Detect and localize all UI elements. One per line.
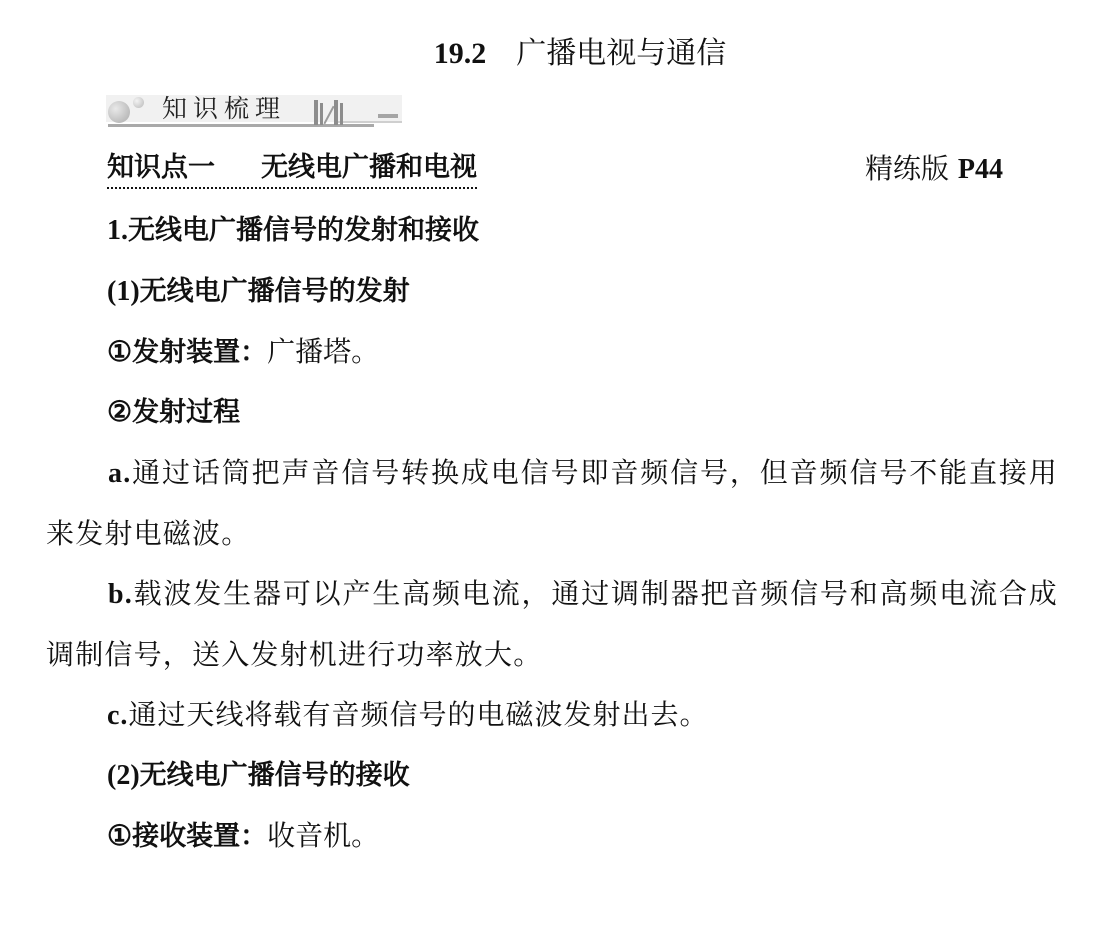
item-label: 发射过程 (132, 397, 240, 428)
knowledge-review-banner: 知识梳理 (106, 92, 402, 128)
item-transmitter-device: ①发射装置：广播塔。 (107, 334, 379, 371)
item-label: 接收装置： (132, 821, 267, 852)
section-heading-1: 1.无线电广播信号的发射和接收 (107, 212, 479, 249)
page-reference: 精练版 P44 (865, 151, 1003, 188)
section-title: 广播电视与通信 (516, 36, 726, 71)
reference-page: P44 (958, 154, 1003, 185)
subsection-heading-2: (2)无线电广播信号的接收 (107, 757, 410, 794)
knowledge-point-label: 知识点一 (107, 152, 215, 183)
subsection-heading-1: (1)无线电广播信号的发射 (107, 273, 410, 310)
paragraph-a: a.通过话筒把声音信号转换成电信号即音频信号，但音频信号不能直接用来发射电磁波。 (46, 443, 1058, 564)
section-heading-text: 无线电广播信号的发射和接收 (128, 215, 479, 246)
section-number: 19.2 (434, 37, 487, 70)
bar-icon (334, 100, 338, 125)
subsection-heading-text: 无线电广播信号的发射 (140, 276, 410, 307)
dash-icon (378, 114, 398, 118)
sphere-icon (108, 101, 130, 123)
bar-icon (340, 103, 343, 125)
item-value: 收音机。 (267, 819, 379, 852)
page-title: 19.2广播电视与通信 (0, 34, 1102, 74)
bar-icon (314, 100, 318, 125)
item-label: 发射装置： (132, 337, 267, 368)
reference-book: 精练版 (865, 152, 949, 185)
small-sphere-icon (133, 97, 144, 108)
item-receiver-device: ①接收装置：收音机。 (107, 818, 379, 855)
paragraph-c: c.通过天线将载有音频信号的电磁波发射出去。 (107, 697, 708, 734)
banner-underline-right (336, 121, 402, 123)
subsection-heading-text: 无线电广播信号的接收 (140, 760, 410, 791)
banner-label: 知识梳理 (162, 94, 286, 124)
knowledge-point-heading: 知识点一无线电广播和电视 (107, 150, 477, 189)
item-value: 广播塔。 (267, 335, 379, 368)
bar-icon (320, 103, 323, 125)
item-transmission-process: ②发射过程 (107, 394, 240, 431)
paragraph-b: b.载波发生器可以产生高频电流，通过调制器把音频信号和高频电流合成调制信号，送入… (46, 564, 1058, 685)
knowledge-point-topic: 无线电广播和电视 (261, 152, 477, 183)
